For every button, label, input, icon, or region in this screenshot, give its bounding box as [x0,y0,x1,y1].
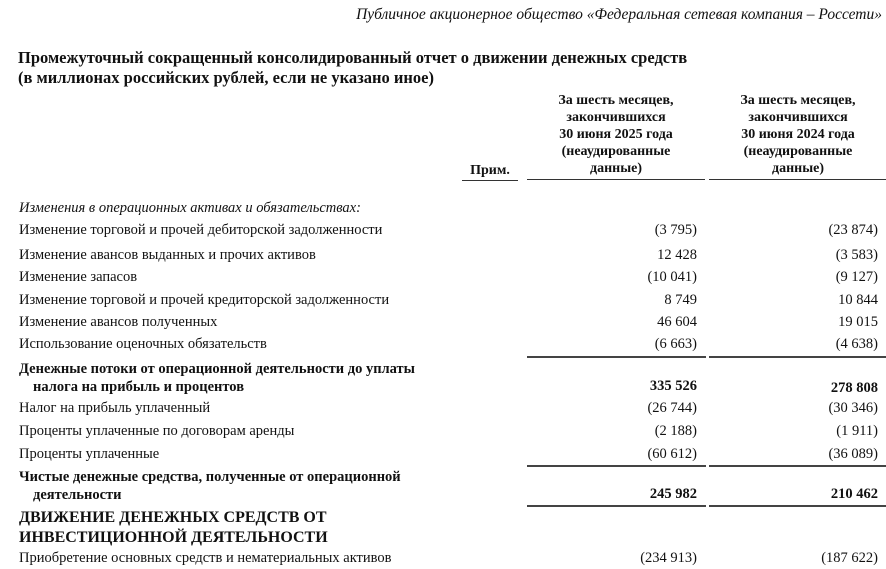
row-label: Использование оценочных обязательств [19,336,267,353]
value-2024: (23 874) [828,222,878,239]
value-2024: (3 583) [836,247,878,264]
column-header-2024-line: 30 июня 2024 года [709,126,886,143]
section-heading-text: ДВИЖЕНИЕ ДЕНЕЖНЫХ СРЕДСТВ ОТ ИНВЕСТИЦИОН… [19,508,328,548]
column-header-2024-line: (неаудированные [709,143,886,160]
row-label-line1: Чистые денежные средства, полученные от … [19,469,401,485]
column-header-2025-line: За шесть месяцев, [527,92,705,109]
total-rule [527,505,706,507]
value-2025: (3 795) [655,222,697,239]
row-label: Изменение авансов полученных [19,314,217,331]
value-2024: (4 638) [836,336,878,353]
column-header-2024-line: За шесть месяцев, [709,92,886,109]
value-2025: (6 663) [655,336,697,353]
column-header-2024-line: закончившихся [709,109,886,126]
note-column-header: Прим. [462,163,518,181]
value-2024: (36 089) [828,446,878,463]
value-2025: 245 982 [650,486,697,503]
row-label: Изменение запасов [19,269,137,286]
value-2024: 210 462 [831,486,878,503]
subtotal-rule [709,465,886,467]
statement-title-line1: Промежуточный сокращенный консолидирован… [18,48,687,68]
section-heading-line1: ДВИЖЕНИЕ ДЕНЕЖНЫХ СРЕДСТВ ОТ [19,508,328,528]
row-label: Изменение авансов выданных и прочих акти… [19,247,316,264]
row-label-line2: деятельности [19,486,401,504]
company-name: Публичное акционерное общество «Федераль… [356,6,882,24]
value-2025: (26 744) [647,400,697,417]
subtotal-rule [527,356,706,358]
row-label-line1: Денежные потоки от операционной деятельн… [19,361,415,377]
row-label: Чистые денежные средства, полученные от … [19,468,401,504]
value-2024: (187 622) [821,550,878,567]
statement-title: Промежуточный сокращенный консолидирован… [18,48,687,88]
column-header-2025-line: данные) [527,160,705,177]
value-2025: 46 604 [657,314,697,331]
total-rule [709,505,886,507]
column-header-2025-line: 30 июня 2025 года [527,126,705,143]
row-label: Налог на прибыль уплаченный [19,400,210,417]
value-2024: (9 127) [836,269,878,286]
subtotal-rule [709,356,886,358]
row-label: Проценты уплаченные по договорам аренды [19,423,294,440]
row-label-line2: налога на прибыль и процентов [19,378,415,396]
column-header-2024-line: данные) [709,160,886,177]
row-label: Приобретение основных средств и нематери… [19,550,392,567]
row-label: Проценты уплаченные [19,446,159,463]
column-header-2025: За шесть месяцев, закончившихся 30 июня … [527,92,705,180]
value-2025: (10 041) [647,269,697,286]
value-2024: 278 808 [831,380,878,397]
column-header-2025-line: закончившихся [527,109,705,126]
value-2024: (30 346) [828,400,878,417]
row-label: Изменение торговой и прочей дебиторской … [19,222,382,239]
value-2025: (60 612) [647,446,697,463]
subtotal-rule [527,465,706,467]
column-header-2024: За шесть месяцев, закончившихся 30 июня … [709,92,886,180]
value-2025: 8 749 [664,292,697,309]
value-2024: (1 911) [836,423,878,440]
row-label: Изменение торговой и прочей кредиторской… [19,292,389,309]
value-2025: 335 526 [650,378,697,395]
row-label: Изменения в операционных активах и обяза… [19,200,361,217]
row-label: Денежные потоки от операционной деятельн… [19,360,415,396]
value-2025: (2 188) [655,423,697,440]
section-heading-line2: ИНВЕСТИЦИОННОЙ ДЕЯТЕЛЬНОСТИ [19,528,328,548]
value-2025: 12 428 [657,247,697,264]
value-2024: 19 015 [838,314,878,331]
statement-units-note: (в миллионах российских рублей, если не … [18,68,687,88]
value-2024: 10 844 [838,292,878,309]
column-header-2025-line: (неаудированные [527,143,705,160]
value-2025: (234 913) [640,550,697,567]
